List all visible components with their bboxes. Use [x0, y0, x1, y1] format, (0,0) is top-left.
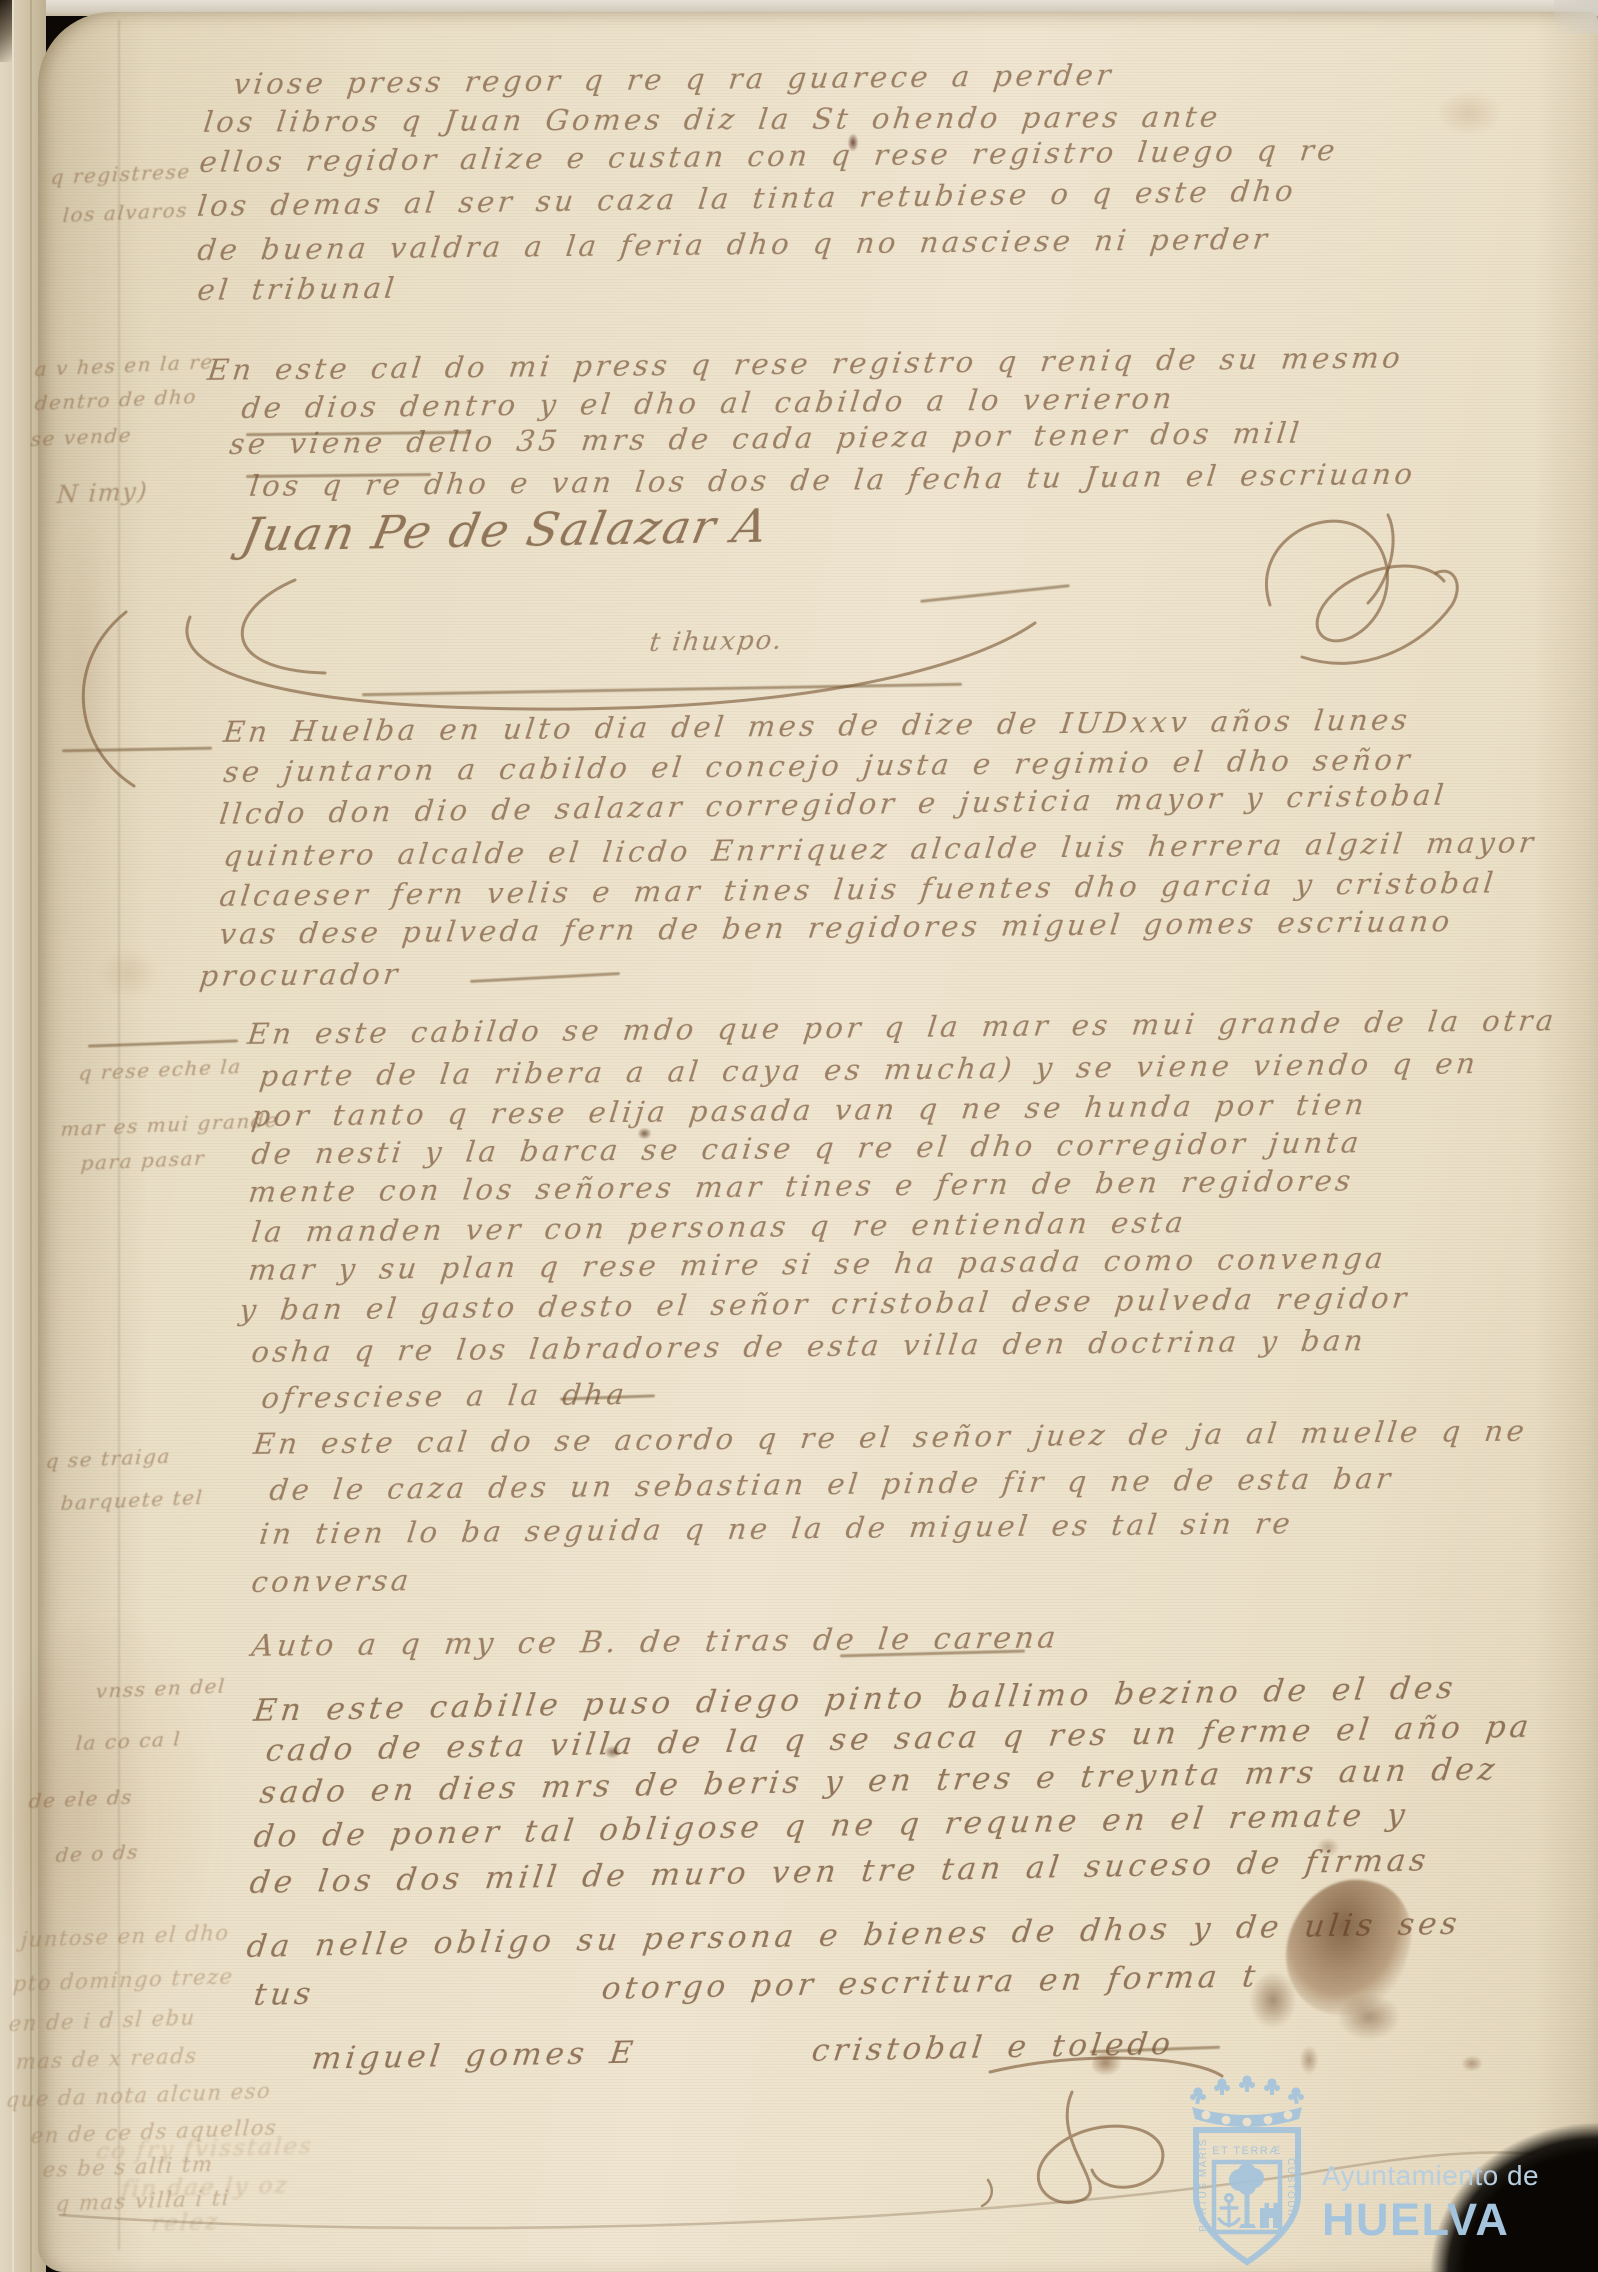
- manuscript-line: mente con los señores mar tines e fern d…: [247, 1166, 1355, 1207]
- margin-note: mar es mui grande: [60, 1109, 279, 1141]
- signature-flourish: [130, 555, 1100, 735]
- manuscript-line: viose press regor q re q ra guarece a pe…: [232, 61, 1115, 99]
- manuscript-line: En este cabildo se mdo que por q la mar …: [246, 1006, 1558, 1049]
- manuscript-line: En este cal do se acordo q re el señor j…: [252, 1417, 1529, 1459]
- manuscript-line: de los dos mill de muro ven tre tan al s…: [248, 1845, 1431, 1899]
- manuscript-line: y ban el gasto desto el señor cristobal …: [238, 1284, 1411, 1325]
- bleedthrough-line: co fry fvisstales: [95, 2134, 314, 2165]
- stamp-org-name: Ayuntamiento de: [1322, 2160, 1539, 2192]
- manuscript-line: de buena valdra a la feria dho q no nasc…: [196, 225, 1272, 265]
- manuscript-line: vas dese pulveda fern de ben regidores m…: [218, 907, 1454, 949]
- manuscript-line: la manden ver con personas q re entienda…: [250, 1208, 1188, 1247]
- manuscript-line: En este cal do mi press q rese registro …: [206, 343, 1405, 385]
- bleedthrough-line: fin dae ly oz: [120, 2174, 290, 2204]
- ink-stain: [1317, 1838, 1339, 1856]
- manuscript-line: de dios dentro y el dho al cabildo a lo …: [240, 384, 1176, 423]
- manuscript-line: quintero alcalde el licdo Enrriquez alca…: [222, 828, 1538, 871]
- ink-blot: [1092, 2052, 1122, 2076]
- ink-blot: [638, 1128, 651, 1139]
- manuscript-line: el tribunal: [196, 274, 399, 305]
- huelva-watermark-stamp: ET TERRÆ PORTUS MARIS CUSTODIA A: [1150, 2030, 1590, 2272]
- manuscript-line: do de poner tal obligose q ne q requne e…: [252, 1800, 1410, 1853]
- damp-stain: [55, 520, 110, 830]
- manuscript-line: da nelle obligo su persona e bienes de d…: [245, 1909, 1462, 1963]
- bleedthrough-line: relez: [150, 2210, 220, 2237]
- manuscript-line: los libros q Juan Gomes diz la St ohendo…: [202, 103, 1222, 137]
- margin-note: los alvaros: [62, 199, 189, 227]
- manuscript-line: procurador: [198, 960, 402, 991]
- ink-blot: [605, 1746, 620, 1758]
- foxing-spot: [100, 950, 158, 996]
- margin-note: q rese eche la: [78, 1055, 242, 1085]
- witness-signature: miguel gomes E: [310, 2038, 638, 2075]
- foxing-spot: [1438, 92, 1500, 134]
- crest-motto-left: PORTUS MARIS: [1198, 2138, 1209, 2232]
- rubric-flourish: [1240, 485, 1500, 690]
- manuscript-line: se viene dello 35 mrs de cada pieza por …: [228, 419, 1304, 459]
- margin-note: a v hes en la re: [34, 350, 214, 381]
- manuscript-line: conversa: [250, 1566, 413, 1597]
- manuscript-line: de le caza des un sebastian el pinde fir…: [268, 1464, 1395, 1505]
- margin-note: N imy): [56, 478, 149, 510]
- ink-blot: [848, 134, 858, 151]
- manuscript-line: por tanto q rese elija pasada van q ne s…: [250, 1090, 1369, 1131]
- manuscript-line: tus: [252, 1979, 316, 2011]
- manuscript-line: ellos regidor alize e custan con q rese …: [198, 136, 1340, 177]
- manuscript-line: parte de la ribera a al caya es mucha) y…: [258, 1049, 1480, 1091]
- margin-note: para pasar: [80, 1147, 206, 1175]
- margin-note: q registrese: [50, 160, 191, 189]
- crest-motto-top: ET TERRÆ: [1212, 2145, 1282, 2157]
- manuscript-line: de nesti y la barca se caise q re el dho…: [250, 1128, 1364, 1169]
- damp-stain: [0, 1620, 220, 2050]
- manuscript-line: otorgo por escritura en forma t: [600, 1961, 1261, 2005]
- crest-motto-right: CUSTODIA: [1285, 2158, 1296, 2222]
- manuscript-line: in tien lo ba seguida q ne la de miguel …: [258, 1509, 1295, 1549]
- auto-heading-line: Auto a q my ce B. de tiras de le carena: [250, 1624, 1060, 1662]
- manuscript-line: mar y su plan q rese mire si se ha pasad…: [247, 1244, 1388, 1285]
- margin-note: barquete tel: [60, 1486, 204, 1515]
- manuscript-line: llcdo don dio de salazar corregidor e ju…: [218, 781, 1448, 829]
- signature: Juan Pe de Salazar A: [238, 503, 773, 558]
- margin-note: se vende: [30, 424, 133, 451]
- huelva-crest-icon: ET TERRÆ PORTUS MARIS CUSTODIA: [1184, 2074, 1310, 2266]
- stamp-city-name: HUELVA: [1322, 2194, 1509, 2246]
- ink-stain: [1250, 1972, 1296, 2028]
- manuscript-line: los demas al ser su caza la tinta retubi…: [196, 177, 1298, 221]
- manuscript-line: osha q re los labradores de esta villa d…: [250, 1326, 1368, 1367]
- margin-note: q se traiga: [45, 1445, 172, 1473]
- manuscript-line: alcaeser fern velis e mar tines luis fue…: [218, 869, 1498, 911]
- scanned-manuscript-page: viose press regor q re q ra guarece a pe…: [0, 0, 1598, 2272]
- faded-margin-note: que da nota alcun eso: [5, 2079, 272, 2112]
- margin-note: dentro de dho: [34, 385, 198, 415]
